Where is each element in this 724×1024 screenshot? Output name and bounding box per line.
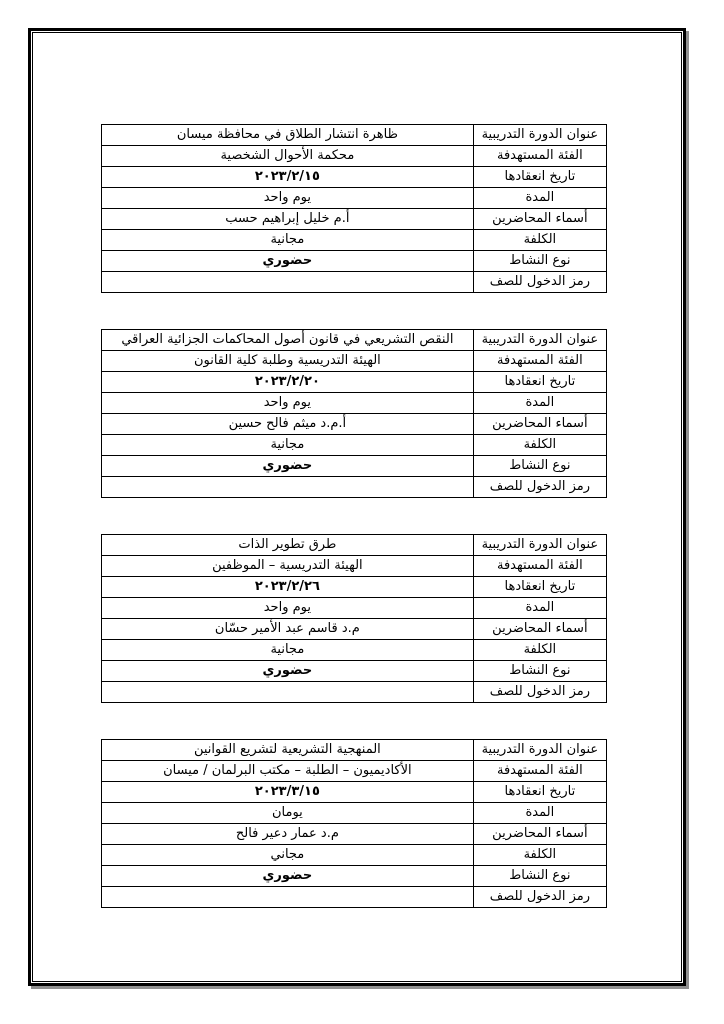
class-entry-code-row: رمز الدخول للصف <box>102 477 607 498</box>
cost-row: الكلفة مجانية <box>102 230 607 251</box>
cost-row: الكلفة مجانية <box>102 640 607 661</box>
class-entry-code-value <box>102 477 474 498</box>
activity-type-row: نوع النشاط حضوري <box>102 456 607 477</box>
course-title-row: عنوان الدورة التدريبية طرق تطوير الذات <box>102 535 607 556</box>
course-title-row: عنوان الدورة التدريبية ظاهرة انتشار الطل… <box>102 125 607 146</box>
activity-type-row: نوع النشاط حضوري <box>102 866 607 887</box>
target-group-row: الفئة المستهدفة محكمة الأحوال الشخصية <box>102 146 607 167</box>
lecturer-names-label: أسماء المحاضرين <box>473 414 606 435</box>
class-entry-code-label: رمز الدخول للصف <box>473 272 606 293</box>
activity-type-value: حضوري <box>102 866 474 887</box>
cost-value: مجانية <box>102 435 474 456</box>
event-date-value: ٢٠٢٣/٢/٢٦ <box>102 577 474 598</box>
course-title-value: طرق تطوير الذات <box>102 535 474 556</box>
cost-value: مجانية <box>102 640 474 661</box>
duration-value: يوم واحد <box>102 598 474 619</box>
course-title-label: عنوان الدورة التدريبية <box>473 535 606 556</box>
course-title-row: عنوان الدورة التدريبية النقص التشريعي في… <box>102 330 607 351</box>
cost-value: مجانية <box>102 230 474 251</box>
course-title-label: عنوان الدورة التدريبية <box>473 740 606 761</box>
lecturer-names-value: م.د قاسم عبد الأمير حسّان <box>102 619 474 640</box>
activity-type-row: نوع النشاط حضوري <box>102 251 607 272</box>
target-group-label: الفئة المستهدفة <box>473 761 606 782</box>
class-entry-code-row: رمز الدخول للصف <box>102 682 607 703</box>
lecturer-names-row: أسماء المحاضرين م.د عمار دعير فالح <box>102 824 607 845</box>
event-date-value: ٢٠٢٣/٢/٢٠ <box>102 372 474 393</box>
target-group-label: الفئة المستهدفة <box>473 146 606 167</box>
duration-value: يومان <box>102 803 474 824</box>
cost-label: الكلفة <box>473 230 606 251</box>
activity-type-value: حضوري <box>102 456 474 477</box>
duration-label: المدة <box>473 188 606 209</box>
event-date-value: ٢٠٢٣/٣/١٥ <box>102 782 474 803</box>
event-date-row: تاريخ انعقادها ٢٠٢٣/٢/٢٦ <box>102 577 607 598</box>
activity-type-label: نوع النشاط <box>473 251 606 272</box>
duration-row: المدة يوم واحد <box>102 598 607 619</box>
duration-row: المدة يوم واحد <box>102 188 607 209</box>
course-title-label: عنوان الدورة التدريبية <box>473 125 606 146</box>
activity-type-row: نوع النشاط حضوري <box>102 661 607 682</box>
class-entry-code-value <box>102 682 474 703</box>
target-group-value: الأكاديميون – الطلبة – مكتب البرلمان / م… <box>102 761 474 782</box>
course-table-2: عنوان الدورة التدريبية النقص التشريعي في… <box>101 329 607 498</box>
event-date-label: تاريخ انعقادها <box>473 372 606 393</box>
activity-type-label: نوع النشاط <box>473 456 606 477</box>
duration-row: المدة يوم واحد <box>102 393 607 414</box>
cost-row: الكلفة مجانية <box>102 435 607 456</box>
duration-value: يوم واحد <box>102 393 474 414</box>
event-date-label: تاريخ انعقادها <box>473 782 606 803</box>
target-group-label: الفئة المستهدفة <box>473 351 606 372</box>
duration-value: يوم واحد <box>102 188 474 209</box>
activity-type-label: نوع النشاط <box>473 866 606 887</box>
document-page: { "page": { "background": "#ffffff", "bo… <box>0 0 724 1024</box>
lecturer-names-label: أسماء المحاضرين <box>473 209 606 230</box>
course-title-label: عنوان الدورة التدريبية <box>473 330 606 351</box>
event-date-label: تاريخ انعقادها <box>473 167 606 188</box>
course-title-row: عنوان الدورة التدريبية المنهجية التشريعي… <box>102 740 607 761</box>
class-entry-code-value <box>102 272 474 293</box>
duration-label: المدة <box>473 803 606 824</box>
class-entry-code-row: رمز الدخول للصف <box>102 887 607 908</box>
course-title-value: النقص التشريعي في قانون أصول المحاكمات ا… <box>102 330 474 351</box>
class-entry-code-label: رمز الدخول للصف <box>473 682 606 703</box>
cost-label: الكلفة <box>473 435 606 456</box>
duration-label: المدة <box>473 598 606 619</box>
event-date-row: تاريخ انعقادها ٢٠٢٣/٣/١٥ <box>102 782 607 803</box>
course-title-value: ظاهرة انتشار الطلاق في محافظة ميسان <box>102 125 474 146</box>
lecturer-names-row: أسماء المحاضرين م.د قاسم عبد الأمير حسّا… <box>102 619 607 640</box>
event-date-row: تاريخ انعقادها ٢٠٢٣/٢/٢٠ <box>102 372 607 393</box>
activity-type-label: نوع النشاط <box>473 661 606 682</box>
cost-value: مجاني <box>102 845 474 866</box>
lecturer-names-value: أ.م خليل إبراهيم حسب <box>102 209 474 230</box>
target-group-row: الفئة المستهدفة الهيئة التدريسية – الموظ… <box>102 556 607 577</box>
event-date-value: ٢٠٢٣/٢/١٥ <box>102 167 474 188</box>
cost-label: الكلفة <box>473 640 606 661</box>
class-entry-code-label: رمز الدخول للصف <box>473 887 606 908</box>
lecturer-names-row: أسماء المحاضرين أ.م.د ميثم فالح حسين <box>102 414 607 435</box>
lecturer-names-value: م.د عمار دعير فالح <box>102 824 474 845</box>
event-date-row: تاريخ انعقادها ٢٠٢٣/٢/١٥ <box>102 167 607 188</box>
target-group-row: الفئة المستهدفة الهيئة التدريسية وطلبة ك… <box>102 351 607 372</box>
target-group-value: الهيئة التدريسية – الموظفين <box>102 556 474 577</box>
cost-label: الكلفة <box>473 845 606 866</box>
event-date-label: تاريخ انعقادها <box>473 577 606 598</box>
lecturer-names-label: أسماء المحاضرين <box>473 619 606 640</box>
course-table-3: عنوان الدورة التدريبية طرق تطوير الذات ا… <box>101 534 607 703</box>
activity-type-value: حضوري <box>102 661 474 682</box>
class-entry-code-label: رمز الدخول للصف <box>473 477 606 498</box>
class-entry-code-row: رمز الدخول للصف <box>102 272 607 293</box>
activity-type-value: حضوري <box>102 251 474 272</box>
lecturer-names-row: أسماء المحاضرين أ.م خليل إبراهيم حسب <box>102 209 607 230</box>
target-group-value: محكمة الأحوال الشخصية <box>102 146 474 167</box>
lecturer-names-value: أ.م.د ميثم فالح حسين <box>102 414 474 435</box>
course-title-value: المنهجية التشريعية لتشريع القوانين <box>102 740 474 761</box>
target-group-value: الهيئة التدريسية وطلبة كلية القانون <box>102 351 474 372</box>
course-table-1: عنوان الدورة التدريبية ظاهرة انتشار الطل… <box>101 124 607 293</box>
lecturer-names-label: أسماء المحاضرين <box>473 824 606 845</box>
target-group-label: الفئة المستهدفة <box>473 556 606 577</box>
class-entry-code-value <box>102 887 474 908</box>
cost-row: الكلفة مجاني <box>102 845 607 866</box>
target-group-row: الفئة المستهدفة الأكاديميون – الطلبة – م… <box>102 761 607 782</box>
course-table-4: عنوان الدورة التدريبية المنهجية التشريعي… <box>101 739 607 908</box>
duration-row: المدة يومان <box>102 803 607 824</box>
duration-label: المدة <box>473 393 606 414</box>
tables-container: عنوان الدورة التدريبية ظاهرة انتشار الطل… <box>101 124 607 944</box>
